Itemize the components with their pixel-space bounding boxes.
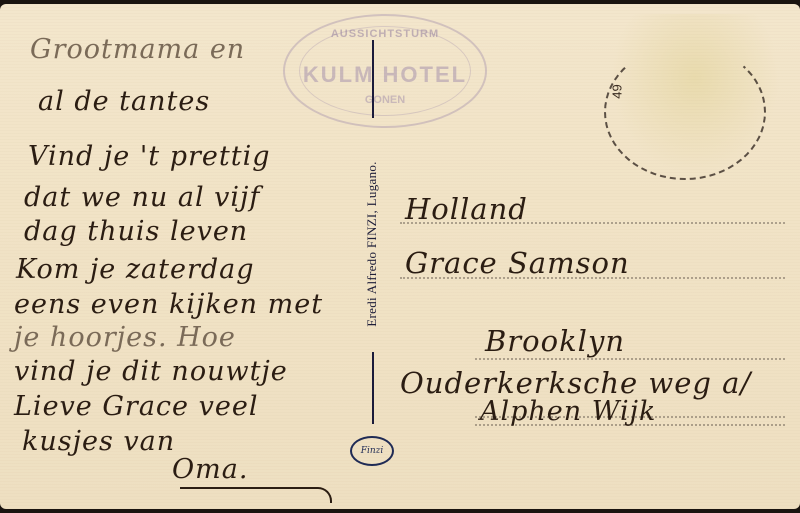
message-line: je hoorjes. Hoe — [14, 322, 236, 353]
hotel-stamp: AUSSICHTSTURM KULM HOTEL GONEN — [283, 14, 487, 128]
publisher-imprint: Eredi Alfredo FINZI, Lugano. — [364, 161, 380, 326]
address-street: Ouderkerksche weg a/ — [400, 366, 751, 400]
message-line: Grootmama en — [30, 34, 245, 65]
hotel-stamp-top-text: AUSSICHTSTURM — [285, 28, 485, 40]
message-line: kusjes van — [22, 426, 175, 457]
hotel-stamp-name: KULM HOTEL — [285, 62, 485, 88]
address-recipient: Grace Samson — [405, 246, 630, 280]
address-line-3 — [475, 358, 785, 360]
signature: Oma. — [172, 454, 248, 485]
message-line: Lieve Grace veel — [14, 391, 258, 422]
postmark-circle — [604, 44, 766, 180]
divider-line-bottom — [372, 352, 374, 424]
publisher-logo: Finzi — [350, 436, 394, 466]
signature-flourish — [180, 487, 332, 503]
message-line: Kom je zaterdag — [16, 254, 255, 285]
message-line: dag thuis leven — [24, 216, 248, 247]
postcard-back: AUSSICHTSTURM KULM HOTEL GONEN Grootmama… — [0, 4, 800, 509]
message-line: dat we nu al vijf — [24, 182, 260, 213]
address-city: Brooklyn — [485, 324, 625, 358]
divider-line-top — [372, 40, 374, 118]
message-line: eens even kijken met — [14, 289, 323, 320]
message-line: al de tantes — [38, 86, 210, 117]
postmark-number: 49 — [610, 84, 625, 98]
hotel-stamp-bottom-text: GONEN — [285, 94, 485, 106]
message-line: vind je dit nouwtje — [14, 356, 288, 387]
address-country: Holland — [405, 192, 528, 226]
message-line: Vind je 't prettig — [28, 141, 271, 172]
address-town: Alphen Wijk — [480, 396, 656, 427]
